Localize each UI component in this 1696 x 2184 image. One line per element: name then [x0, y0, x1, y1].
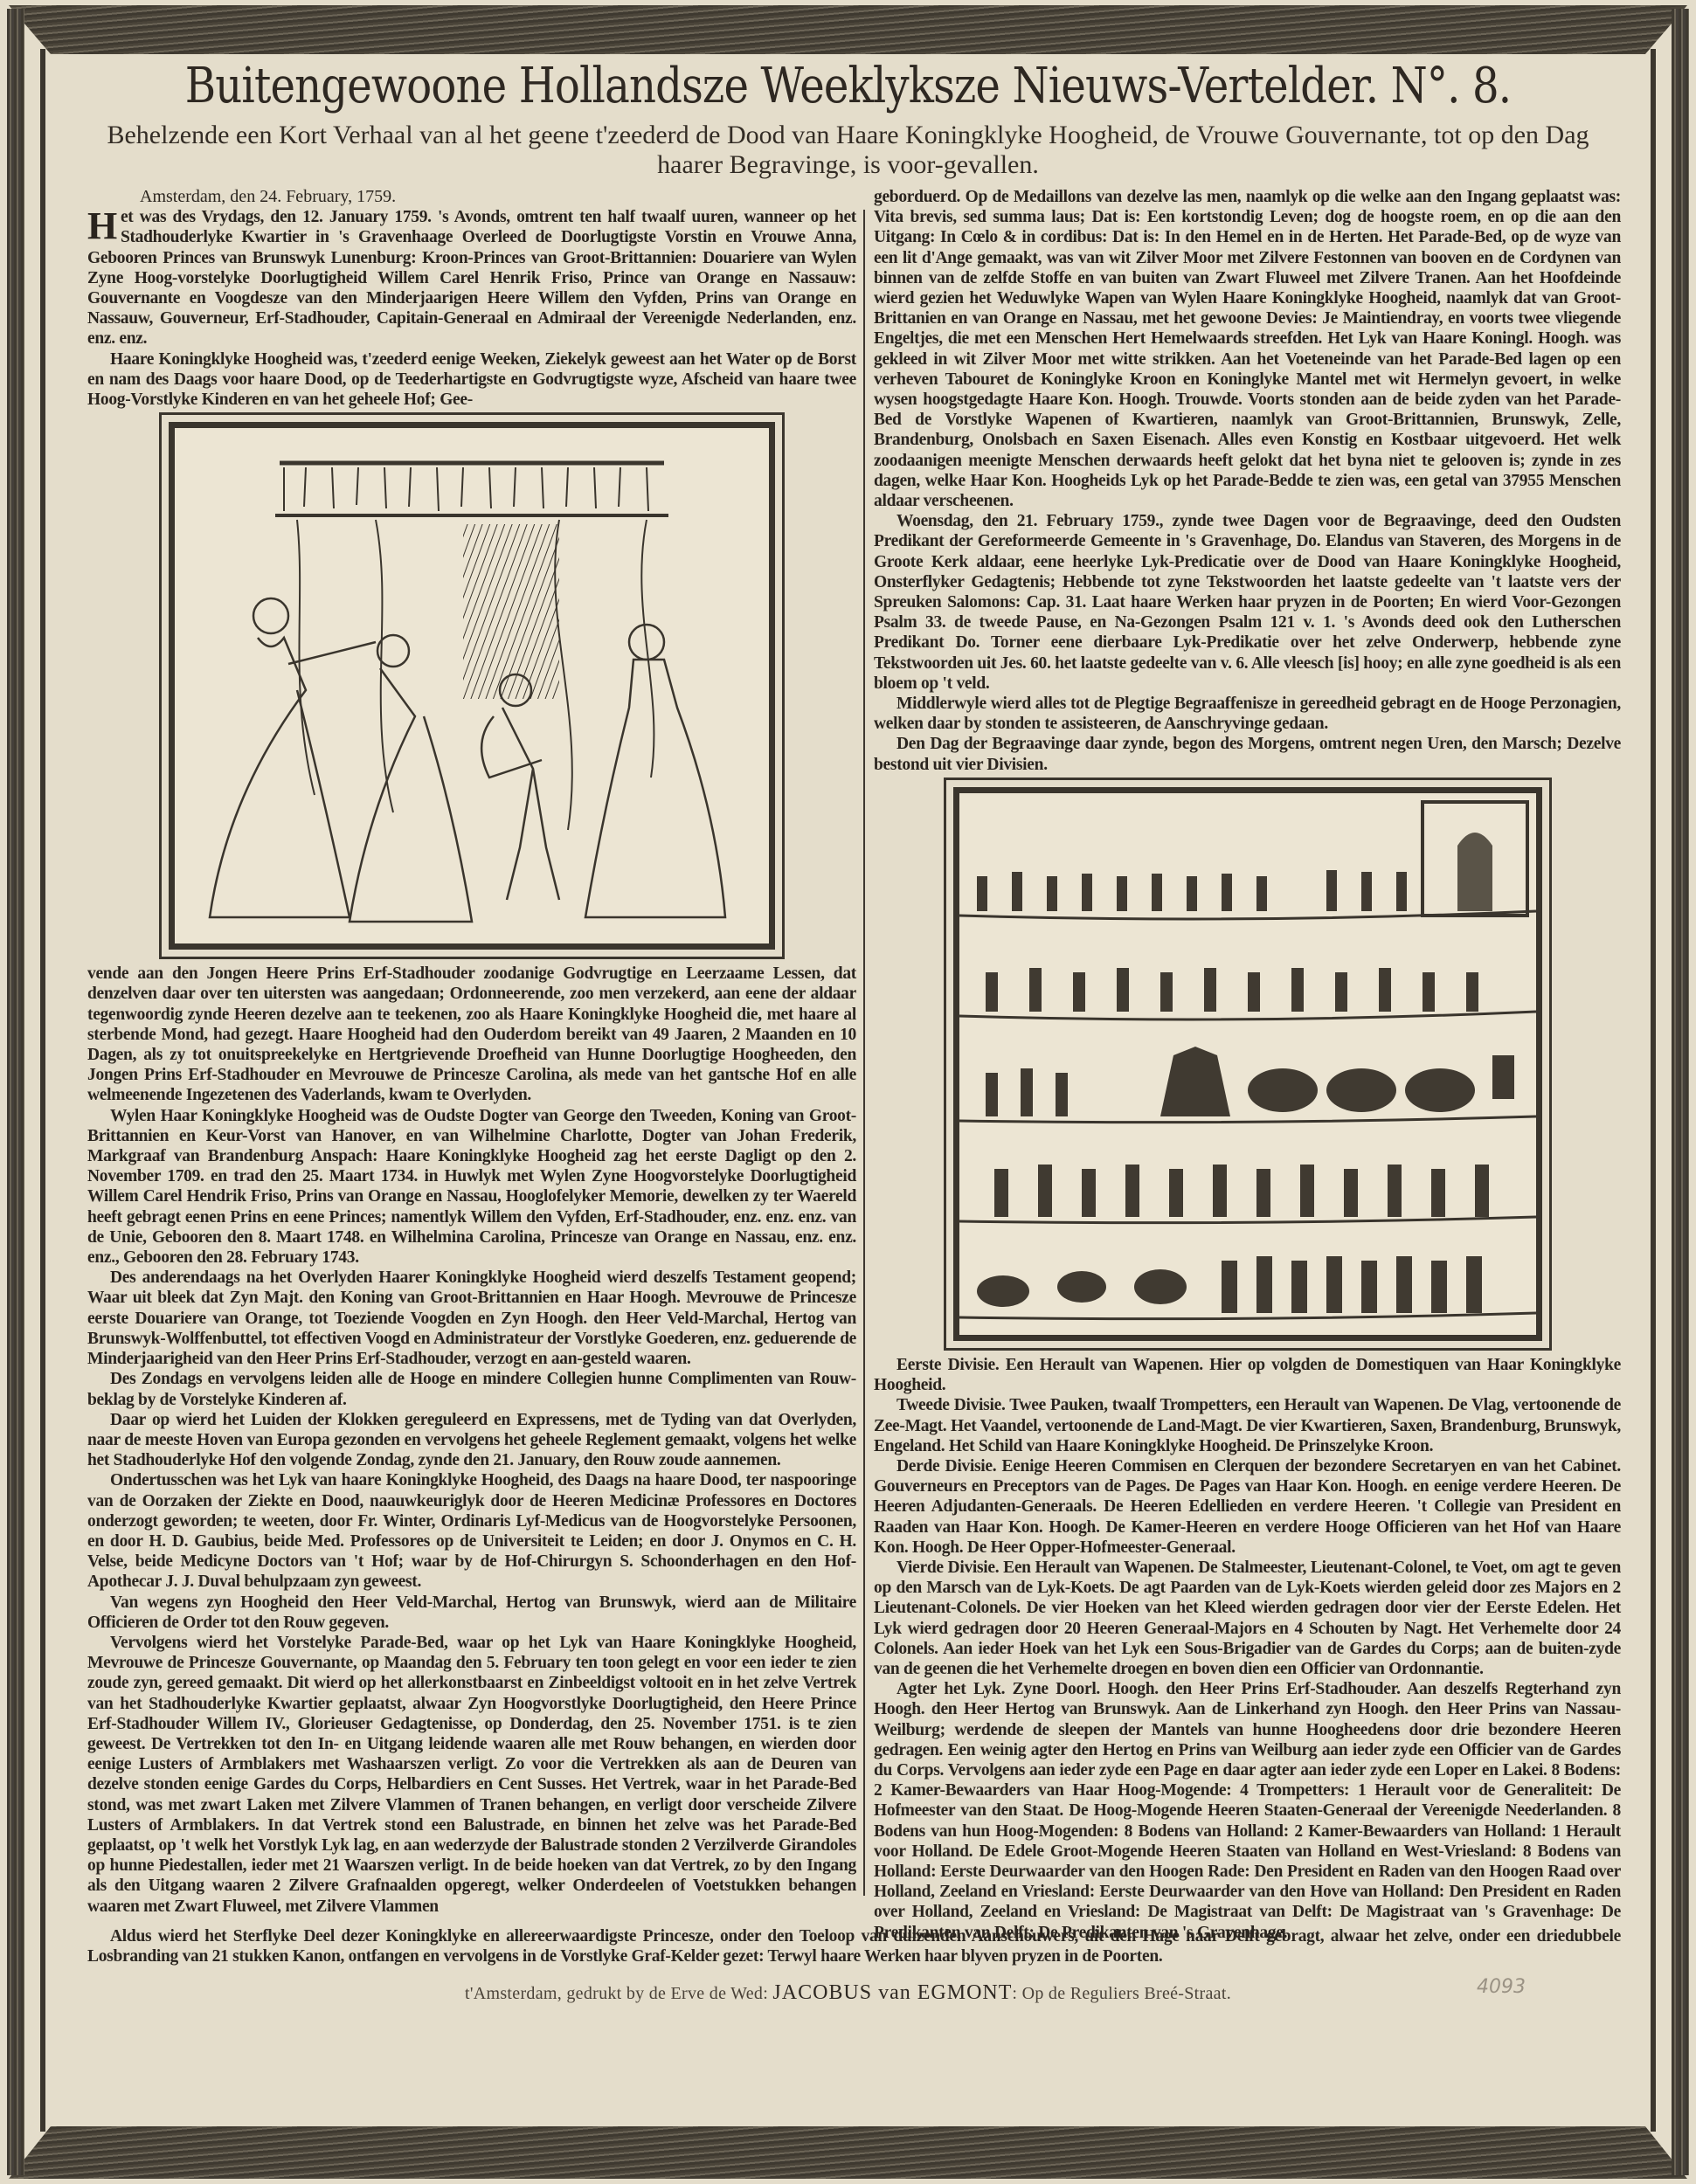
funeral-procession-woodcut-image — [953, 787, 1542, 1341]
division-paragraph: Derde Divisie. Eenige Heeren Commisen en… — [874, 1456, 1621, 1558]
paragraph: Middlerwyle wierd alles tot de Plegtige … — [874, 694, 1621, 734]
woodcut-border-right — [1672, 9, 1689, 2175]
paragraph: vende aan den Jongen Heere Prins Erf-Sta… — [87, 964, 856, 1105]
paragraph: Woensdag, den 21. February 1759., zynde … — [874, 511, 1621, 694]
paragraph: Wylen Haar Koningklyke Hoogheid was de O… — [87, 1106, 856, 1268]
column-divider — [863, 210, 865, 1896]
woodcut-border-top — [9, 5, 1687, 54]
paragraph: Van wegens zyn Hoogheid den Heer Veld-Ma… — [87, 1593, 856, 1633]
paragraph: Ondertusschen was het Lyk van haare Koni… — [87, 1470, 856, 1592]
woodcut-border-left — [7, 9, 24, 2175]
newspaper-title: Buitengewoone Hollandsze Weeklyksze Nieu… — [171, 56, 1525, 117]
lead-paragraph: Het was des Vrydags, den 12. January 175… — [87, 207, 856, 349]
printer-name: JACOBUS van EGMONT — [772, 1981, 1012, 2004]
paragraph: Daar op wierd het Luiden der Klokken ger… — [87, 1410, 856, 1471]
imprint-prefix: t'Amsterdam, gedrukt by de Erve de Wed: — [465, 1984, 768, 2003]
imprint-suffix: : Op de Reguliers Breé-Straat. — [1012, 1984, 1231, 2003]
division-paragraph: Eerste Divisie. Een Herault van Wapenen.… — [874, 1355, 1621, 1395]
paragraph: Den Dag der Begraavinge daar zynde, bego… — [874, 734, 1621, 774]
dateline: Amsterdam, den 24. February, 1759. — [87, 187, 856, 207]
closing-section: Aldus wierd het Sterflyke Deel dezer Kon… — [87, 1926, 1621, 1966]
procession-illustration-icon — [959, 793, 1536, 1335]
paragraph: geborduerd. Op de Medaillons van dezelve… — [874, 187, 1621, 511]
paragraph: Haare Koningklyke Hoogheid was, t'zeeder… — [87, 349, 856, 411]
deathbed-woodcut-image — [169, 422, 775, 950]
masthead: Buitengewoone Hollandsze Weeklyksze Nieu… — [61, 56, 1635, 180]
inner-rule-right — [1651, 49, 1656, 2132]
paragraph: Des anderendaags na het Overlyden Haarer… — [87, 1268, 856, 1369]
deathbed-illustration-icon — [175, 428, 769, 943]
division-paragraph: Vierde Divisie. Een Herault van Wapenen.… — [874, 1558, 1621, 1679]
drop-cap: H — [87, 209, 117, 244]
pencil-catalog-number: 4093 — [1477, 1976, 1526, 1998]
right-column: geborduerd. Op de Medaillons van dezelve… — [874, 187, 1621, 1943]
division-paragraph: Agter het Lyk. Zyne Doorl. Hoogh. den He… — [874, 1679, 1621, 1943]
newspaper-subtitle: Behelzende een Kort Verhaal van al het g… — [96, 121, 1600, 180]
division-paragraph: Tweede Divisie. Twee Pauken, twaalf Trom… — [874, 1395, 1621, 1456]
woodcut-border-bottom — [9, 2126, 1687, 2179]
closing-paragraph: Aldus wierd het Sterflyke Deel dezer Kon… — [87, 1926, 1621, 1966]
printer-imprint: t'Amsterdam, gedrukt by de Erve de Wed: … — [0, 1981, 1696, 2005]
left-column: Amsterdam, den 24. February, 1759. Het w… — [87, 187, 856, 1917]
paragraph: Vervolgens wierd het Vorstelyke Parade-B… — [87, 1633, 856, 1917]
broadsheet: Buitengewoone Hollandsze Weeklyksze Nieu… — [0, 0, 1696, 2184]
inner-rule-left — [40, 49, 45, 2132]
paragraph: Des Zondags en vervolgens leiden alle de… — [87, 1369, 856, 1409]
